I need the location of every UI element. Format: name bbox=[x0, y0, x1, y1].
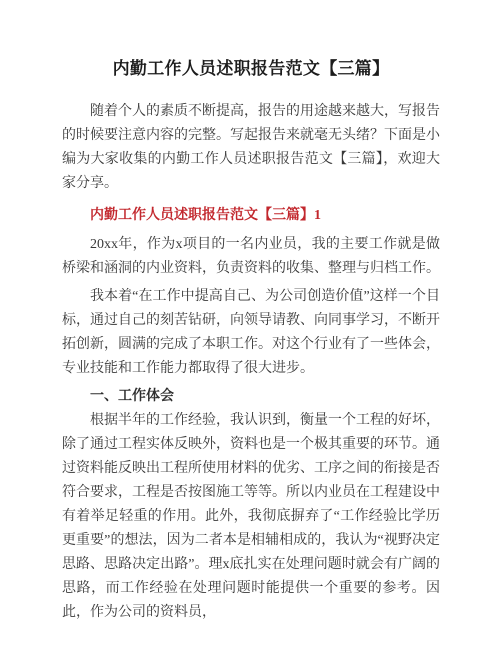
paragraph-experience: 根据半年的工作经验，我认识到，衡量一个工程的好坏，除了通过工程实体反映外，资料也… bbox=[62, 409, 440, 625]
paragraph-overview: 20xx年，作为x项目的一名内业员，我的主要工作就是做桥梁和涵洞的内业资料，负责… bbox=[62, 233, 440, 281]
subsection-heading-work-experience: 一、工作体会 bbox=[62, 385, 440, 409]
document-title: 内勤工作人员述职报告范文【三篇】 bbox=[62, 56, 440, 82]
intro-paragraph: 随着个人的素质不断提高，报告的用途越来越大，写报告的时候要注意内容的完整。写起报… bbox=[62, 100, 440, 196]
paragraph-goal: 我本着“在工作中提高自己、为公司创造价值”这样一个目标，通过自己的刻苦钻研，向领… bbox=[62, 285, 440, 381]
section-heading-red: 内勤工作人员述职报告范文【三篇】1 bbox=[62, 204, 440, 228]
document-page: 内勤工作人员述职报告范文【三篇】 随着个人的素质不断提高，报告的用途越来越大，写… bbox=[0, 0, 500, 647]
